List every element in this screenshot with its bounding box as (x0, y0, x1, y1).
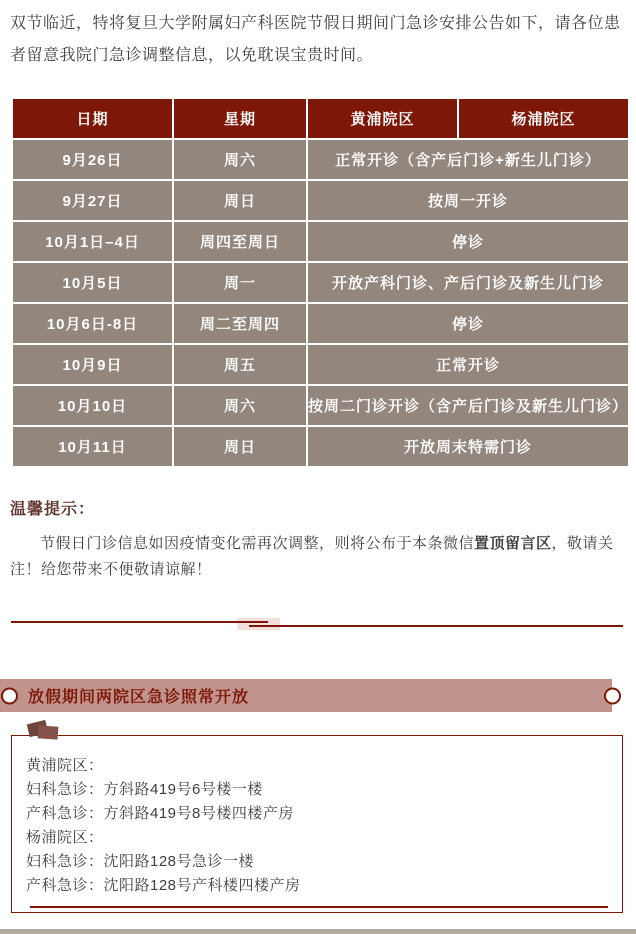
table-row: 10月11日 周日 开放周末特需门诊 (12, 426, 629, 467)
schedule-table: 日期 星期 黄浦院区 杨浦院区 9月26日 周六 正常开诊（含产后门诊+新生儿门… (11, 97, 630, 468)
week-cell: 周五 (173, 344, 307, 385)
col-header-yangpu: 杨浦院区 (458, 98, 629, 139)
col-header-week: 星期 (173, 98, 307, 139)
info-line: 杨浦院区： (26, 826, 622, 850)
info-cell: 正常开诊（含产后门诊+新生儿门诊） (307, 139, 629, 180)
info-cell: 停诊 (307, 303, 629, 344)
week-cell: 周六 (173, 385, 307, 426)
table-row: 9月26日 周六 正常开诊（含产后门诊+新生儿门诊） (12, 139, 629, 180)
date-cell: 9月27日 (12, 180, 173, 221)
tips-title: 温馨提示： (10, 496, 626, 519)
tips-text-before: 节假日门诊信息如因疫情变化需再次调整，则将公布于本条微信 (40, 535, 474, 552)
ring-right-icon (604, 687, 621, 704)
info-cell: 开放周末特需门诊 (307, 426, 629, 467)
week-cell: 周日 (173, 426, 307, 467)
info-cell: 停诊 (307, 221, 629, 262)
info-line: 黄浦院区： (26, 754, 622, 778)
table-row: 10月5日 周一 开放产科门诊、产后门诊及新生儿门诊 (12, 262, 629, 303)
date-cell: 9月26日 (12, 139, 173, 180)
info-line: 妇科急诊：沈阳路128号急诊一楼 (26, 850, 622, 874)
date-cell: 10月11日 (12, 426, 173, 467)
table-row: 10月10日 周六 按周二门诊开诊（含产后门诊及新生儿门诊） (12, 385, 629, 426)
table-row: 10月9日 周五 正常开诊 (12, 344, 629, 385)
bottom-rule (30, 906, 608, 908)
section-divider (0, 617, 636, 631)
tips-paragraph: 节假日门诊信息如因疫情变化需再次调整，则将公布于本条微信置顶留言区，敬请关注！给… (10, 531, 626, 583)
date-cell: 10月9日 (12, 344, 173, 385)
info-cell: 正常开诊 (307, 344, 629, 385)
table-header-row: 日期 星期 黄浦院区 杨浦院区 (12, 98, 629, 139)
date-cell: 10月1日–4日 (12, 221, 173, 262)
divider-line-left (11, 621, 268, 623)
date-cell: 10月10日 (12, 385, 173, 426)
week-cell: 周一 (173, 262, 307, 303)
address-lines: 黄浦院区： 妇科急诊：方斜路419号6号楼一楼 产科急诊：方斜路419号8号楼四… (12, 736, 622, 898)
tips-text-bold: 置顶留言区 (474, 535, 552, 552)
week-cell: 周六 (173, 139, 307, 180)
page-bottom-strip (0, 929, 636, 934)
col-header-date: 日期 (12, 98, 173, 139)
col-header-huangpu: 黄浦院区 (307, 98, 458, 139)
banner-title: 放假期间两院区急诊照常开放 (28, 684, 249, 707)
flag-icon (26, 720, 66, 746)
info-line: 产科急诊：方斜路419号8号楼四楼产房 (26, 802, 622, 826)
divider-line-right (249, 625, 623, 627)
info-cell: 开放产科门诊、产后门诊及新生儿门诊 (307, 262, 629, 303)
week-cell: 周日 (173, 180, 307, 221)
date-cell: 10月5日 (12, 262, 173, 303)
table-row: 10月6日-8日 周二至周四 停诊 (12, 303, 629, 344)
info-line: 妇科急诊：方斜路419号6号楼一楼 (26, 778, 622, 802)
intro-paragraph: 双节临近，特将复旦大学附属妇产科医院节假日期间门急诊安排公告如下，请各位患者留意… (10, 8, 626, 72)
info-line: 产科急诊：沈阳路128号产科楼四楼产房 (26, 874, 622, 898)
info-cell: 按周二门诊开诊（含产后门诊及新生儿门诊） (307, 385, 629, 426)
week-cell: 周二至周四 (173, 303, 307, 344)
emergency-banner: 放假期间两院区急诊照常开放 (0, 679, 612, 712)
divider-center-block (237, 618, 280, 630)
week-cell: 周四至周日 (173, 221, 307, 262)
ring-left-icon (1, 687, 18, 704)
table-row: 9月27日 周日 按周一开诊 (12, 180, 629, 221)
emergency-info-box: 黄浦院区： 妇科急诊：方斜路419号6号楼一楼 产科急诊：方斜路419号8号楼四… (11, 735, 623, 913)
info-cell: 按周一开诊 (307, 180, 629, 221)
date-cell: 10月6日-8日 (12, 303, 173, 344)
table-row: 10月1日–4日 周四至周日 停诊 (12, 221, 629, 262)
